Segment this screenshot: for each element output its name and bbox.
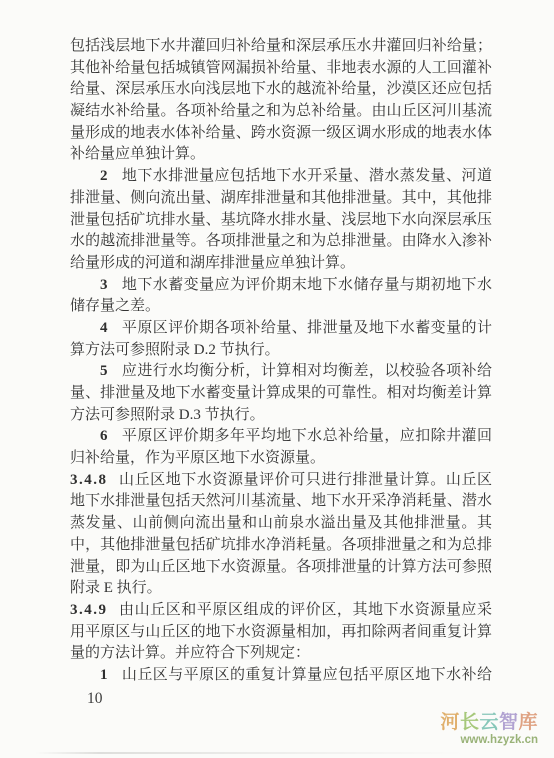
text-line: 中，其他排泄量包括矿坑排水净消耗量。各项排泄量之和为总排: [70, 535, 492, 557]
text-line: 水的越流排泄量等。各项排泄量之和为总排泄量。由降水入渗补: [70, 231, 492, 253]
text-line: 2地下水排泄量应包括地下水开采量、潜水蒸发量、河道: [70, 166, 492, 188]
text-line: 给量形成的河道和湖库排泄量应单独计算。: [70, 253, 492, 275]
item-number: 6: [100, 428, 108, 444]
item-number: 2: [100, 168, 108, 184]
line-text: 包括浅层地下水井灌回归补给量和深层承压水井灌回归补给量；: [70, 38, 492, 54]
line-text: 山丘区与平原区的重复计算量应包括平原区地下水补给: [122, 667, 493, 683]
scan-edge-artifact: [35, 752, 465, 754]
item-number: 5: [100, 363, 108, 379]
item-number: 1: [100, 667, 108, 683]
text-block: 包括浅层地下水井灌回归补给量和深层承压水井灌回归补给量； 其他补给量包括城镇管网…: [70, 36, 492, 687]
line-text: 量形成的地表水体补给量、跨水资源一级区调水形成的地表水体: [70, 125, 492, 141]
watermark-url: www.hzyzk.cn: [440, 734, 538, 747]
line-text: 凝结水补给量。各项补给量之和为总补给量。由山丘区河川基流: [70, 103, 492, 119]
text-line: 泄量，即为山丘区地下水资源量。各项排泄量的计算方法可参照: [70, 557, 492, 579]
text-line: 1山丘区与平原区的重复计算量应包括平原区地下水补给: [70, 665, 492, 687]
line-text: 储存量之差。: [70, 298, 160, 314]
line-text: 排泄量、侧向流出量、湖库排泄量和其他排泄量。其中，其他排: [70, 190, 492, 206]
line-text: 用平原区与山丘区的地下水资源量相加，再扣除两者间重复计算: [70, 624, 492, 640]
line-text: 给量形成的河道和湖库排泄量应单独计算。: [70, 255, 355, 271]
text-line: 量的方法计算。并应符合下列规定：: [70, 643, 492, 665]
line-text: 应进行水均衡分析，计算相对均衡差，以校验各项补给: [122, 363, 493, 379]
line-text: 由山丘区和平原区组成的评价区，其地下水资源量应采: [119, 602, 493, 618]
line-text: 地下水排泄量应包括地下水开采量、潜水蒸发量、河道: [122, 168, 493, 184]
text-line: 用平原区与山丘区的地下水资源量相加，再扣除两者间重复计算: [70, 622, 492, 644]
line-text: 附录 E 执行。: [70, 580, 162, 596]
watermark-char: 库: [518, 712, 538, 733]
line-text: 中，其他排泄量包括矿坑排水净消耗量。各项排泄量之和为总排: [70, 537, 492, 553]
line-text: 归补给量，作为平原区地下水资源量。: [70, 450, 325, 466]
watermark-char: 河: [440, 712, 460, 733]
watermark-char: 云: [479, 712, 499, 733]
item-number: 3: [100, 277, 108, 293]
line-text: 补给量应单独计算。: [70, 146, 205, 162]
text-line: 量、排泄量及地下水蓄变量计算成果的可靠性。相对均衡差计算: [70, 383, 492, 405]
text-line: 3.4.9由山丘区和平原区组成的评价区，其地下水资源量应采: [70, 600, 492, 622]
line-text: 地下水蓄变量应为评价期末地下水储存量与期初地下水: [122, 277, 493, 293]
text-line: 凝结水补给量。各项补给量之和为总补给量。由山丘区河川基流: [70, 101, 492, 123]
line-text: 量、排泄量及地下水蓄变量计算成果的可靠性。相对均衡差计算: [70, 385, 492, 401]
text-line: 5应进行水均衡分析，计算相对均衡差，以校验各项补给: [70, 361, 492, 383]
text-line: 附录 E 执行。: [70, 578, 492, 600]
line-text: 水的越流排泄量等。各项排泄量之和为总排泄量。由降水入渗补: [70, 233, 492, 249]
text-line: 蒸发量、山前侧向流出量和山前泉水溢出量及其他排泄量。其: [70, 513, 492, 535]
line-text: 给量、深层承压水向浅层地下水的越流补给量，沙漠区还应包括: [70, 81, 492, 97]
line-text: 泄量包括矿坑排水量、基坑降水排水量、浅层地下水向深层承压: [70, 212, 492, 228]
line-text: 平原区评价期各项补给量、排泄量及地下水蓄变量的计: [122, 320, 493, 336]
line-text: 蒸发量、山前侧向流出量和山前泉水溢出量及其他排泄量。其: [70, 515, 492, 531]
text-line: 归补给量，作为平原区地下水资源量。: [70, 448, 492, 470]
watermark: 河长云智库 www.hzyzk.cn: [440, 713, 538, 747]
watermark-title: 河长云智库: [440, 713, 538, 733]
document-page: 包括浅层地下水井灌回归补给量和深层承压水井灌回归补给量； 其他补给量包括城镇管网…: [0, 0, 554, 758]
text-line: 其他补给量包括城镇管网漏损补给量、非地表水源的人工回灌补: [70, 58, 492, 80]
text-line: 3.4.8山丘区地下水资源量评价可只进行排泄量计算。山丘区: [70, 470, 492, 492]
text-line: 量形成的地表水体补给量、跨水资源一级区调水形成的地表水体: [70, 123, 492, 145]
line-text: 其他补给量包括城镇管网漏损补给量、非地表水源的人工回灌补: [70, 60, 492, 76]
line-text: 算方法可参照附录 D.2 节执行。: [70, 342, 280, 358]
line-text: 地下水排泄量包括天然河川基流量、地下水开采净消耗量、潜水: [70, 493, 492, 509]
page-number: 10: [87, 690, 103, 708]
text-line: 6平原区评价期多年平均地下水总补给量，应扣除井灌回: [70, 426, 492, 448]
text-line: 地下水排泄量包括天然河川基流量、地下水开采净消耗量、潜水: [70, 491, 492, 513]
text-line: 给量、深层承压水向浅层地下水的越流补给量，沙漠区还应包括: [70, 79, 492, 101]
section-number: 3.4.9: [70, 602, 108, 618]
text-line: 补给量应单独计算。: [70, 144, 492, 166]
section-number: 3.4.8: [70, 472, 108, 488]
line-text: 平原区评价期多年平均地下水总补给量，应扣除井灌回: [122, 428, 493, 444]
line-text: 量的方法计算。并应符合下列规定：: [70, 645, 310, 661]
text-line: 3地下水蓄变量应为评价期末地下水储存量与期初地下水: [70, 275, 492, 297]
text-line: 排泄量、侧向流出量、湖库排泄量和其他排泄量。其中，其他排: [70, 188, 492, 210]
text-line: 泄量包括矿坑排水量、基坑降水排水量、浅层地下水向深层承压: [70, 210, 492, 232]
line-text: 方法可参照附录 D.3 节执行。: [70, 407, 265, 423]
text-line: 算方法可参照附录 D.2 节执行。: [70, 340, 492, 362]
text-line: 包括浅层地下水井灌回归补给量和深层承压水井灌回归补给量；: [70, 36, 492, 58]
watermark-char: 长: [460, 712, 480, 733]
item-number: 4: [100, 320, 108, 336]
text-line: 方法可参照附录 D.3 节执行。: [70, 405, 492, 427]
watermark-char: 智: [499, 712, 519, 733]
line-text: 山丘区地下水资源量评价可只进行排泄量计算。山丘区: [119, 472, 493, 488]
text-line: 储存量之差。: [70, 296, 492, 318]
text-line: 4平原区评价期各项补给量、排泄量及地下水蓄变量的计: [70, 318, 492, 340]
line-text: 泄量，即为山丘区地下水资源量。各项排泄量的计算方法可参照: [70, 559, 492, 575]
